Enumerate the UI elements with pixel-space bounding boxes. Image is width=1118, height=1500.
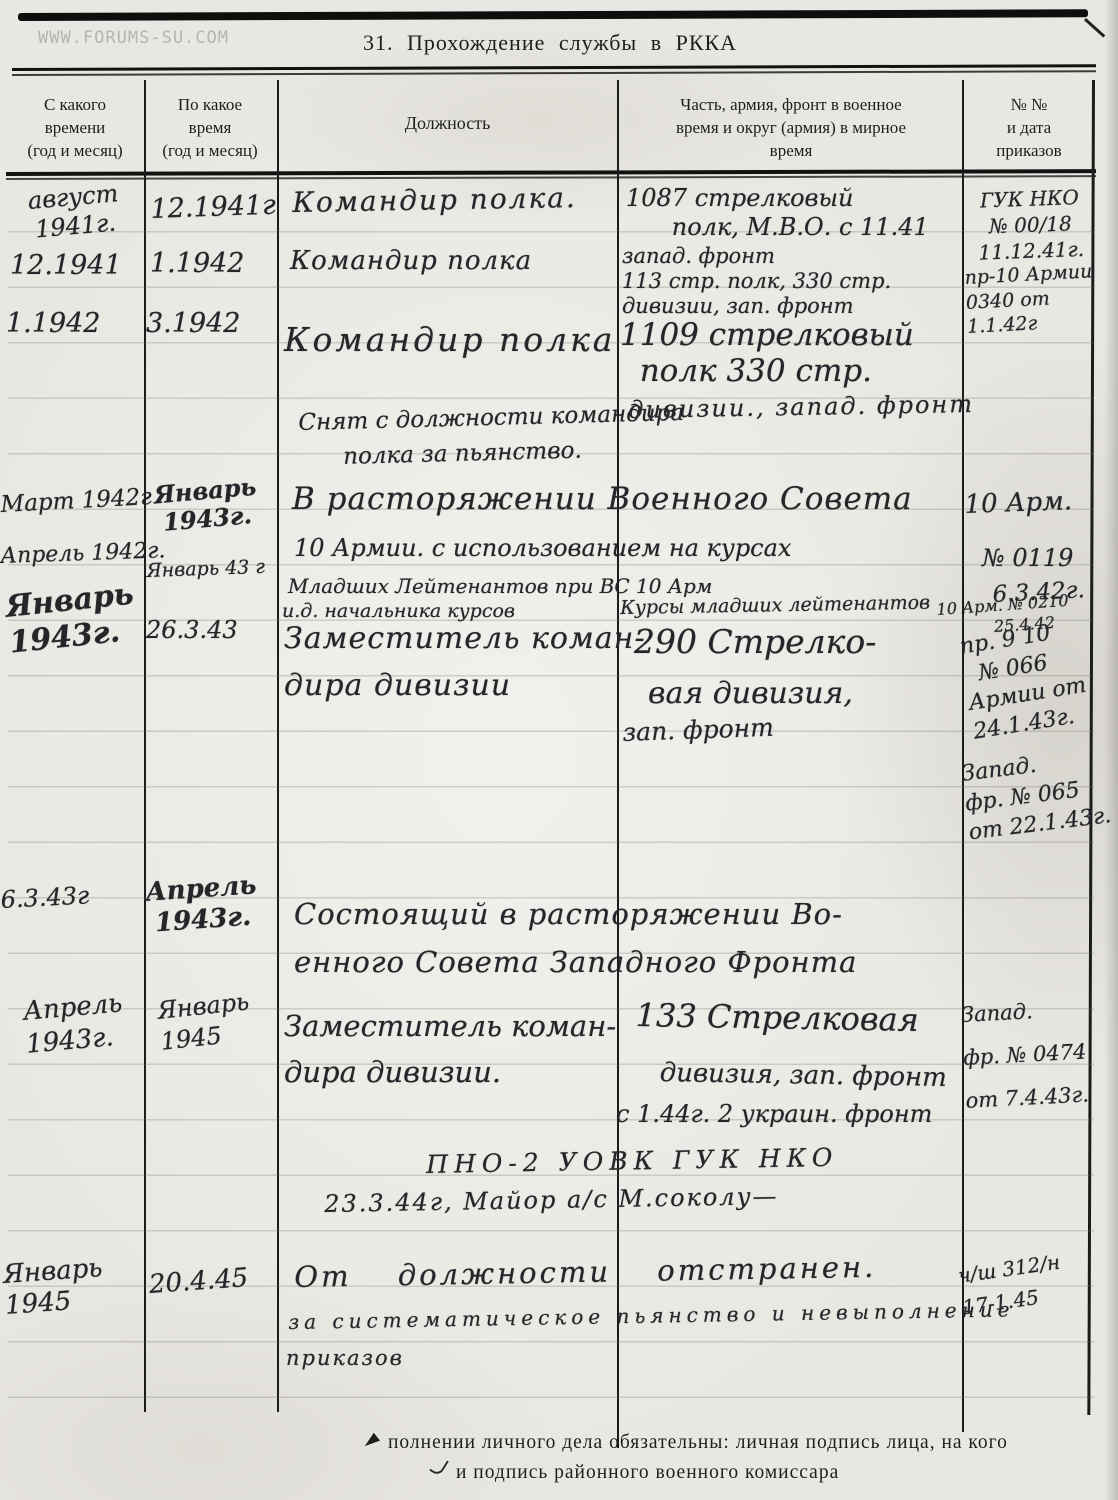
hw-annotation-signature: 23.3.44г, Майор а/с М.соколу— [324,1182,779,1219]
hw-removed-9-reason2: приказов [286,1346,404,1371]
column-divider-1 [144,80,146,1412]
hw-removed-9: От должности отстранен. [294,1250,877,1295]
footnote-line-1: полнении личного дела обязательны: лична… [388,1432,1008,1454]
hw-unit-2: запад. фронт 113 стр. полк, 330 стр. див… [622,244,891,320]
hw-unit-5c: зап. фронт [622,713,774,748]
hw-from-2: 12.1941 [10,250,122,282]
hw-from-9: Январь 1945 [2,1253,106,1322]
hw-order-9: ч/ш 312/н 17-1.45 [956,1246,1066,1324]
title-rule-thin [12,70,1096,76]
hw-unit-1: 1087 стрелковый полк, М.В.О. с 11.41 [626,184,929,242]
hw-status-6: Состоящий в расторяжении Во- енного Сове… [294,891,857,987]
scanned-service-record-page: WWW.FORUMS-SU.COM 31. Прохождение службы… [0,0,1118,1500]
hw-disposal-line2: 10 Армии. с использованием на курсах [294,534,791,563]
hw-unit-7a: 133 Стрелковая [635,996,919,1039]
hw-from-3: 1.1942 [6,308,100,340]
hw-from-6: 6.3.43г [0,881,90,914]
hw-from-7: Апрель 1943г. [22,987,126,1060]
hw-removed-9-reason: за систематическое пьянство и невыполнен… [288,1297,1015,1334]
hw-from-4a: Март 1942г [0,484,153,519]
hw-from-5: Январь 1943г. [4,577,139,662]
hw-position-1: Командир полка. [292,181,577,220]
hw-until-2: 1.1942 [150,248,244,280]
hw-order-7: Запад. фр. № 0474 от 7.4.43г. [960,988,1090,1123]
footnote-hook-mark [429,1455,449,1477]
hw-unit-5a: 290 Стрелко- [634,622,876,662]
hw-disposal-line1: В расторяжении Военного Совета [292,481,913,518]
column-divider-3 [617,80,619,1448]
header-col-from: С какого времени (год и месяц) [10,94,140,163]
hw-until-9: 20.4.45 [148,1263,249,1301]
hw-until-6: Апрель 1943г. [144,870,260,940]
column-divider-2 [277,80,279,1412]
column-divider-4 [962,80,964,1432]
header-col-unit: Часть, армия, фронт в военное время и ок… [622,94,960,163]
hw-position-7: Заместитель коман- дира дивизии. [284,1003,616,1096]
header-col-orders: № № и дата приказов [966,94,1092,163]
hw-order-5b: Запад. фр. № 065 от 22.1.43г. [960,743,1113,849]
hw-until-1: 12.1941г [150,190,276,227]
hw-order-1: ГУК НКО № 00/18 11.12.41г. [966,184,1095,266]
header-col-position: Должность [280,113,615,134]
hw-unit-3: 1109 стрелковый полк 330 стр. [620,318,914,389]
hw-unit-7c: с 1.44г. 2 украин. фронт [616,1100,932,1129]
scan-top-edge-hook [1084,18,1105,38]
hw-position-3: Командир полка [284,320,615,360]
paper-edge-shadow [1104,0,1118,1500]
hw-order-5a: пр. 9 10 № 066 Армии от 24.1.43г. [958,615,1093,746]
hw-position-2: Командир полка [290,246,532,277]
footnote-arrow-mark: ◄ [356,1426,383,1454]
section-title: 31. Прохождение службы в РККА [90,30,1010,56]
hw-until-4-clarify: Январь 43 г [146,556,265,583]
hw-order-2: пр-10 Армии 0340 от 1.1.42г [964,259,1096,340]
hw-unit-7b: дивизия, зап. фронт [659,1058,947,1094]
hw-position-5: Заместитель коман- дира дивизии [284,616,646,709]
hw-until-5: 26.3.43 [146,616,238,645]
hw-from-1: август 1941г. [16,178,133,245]
hw-from-4b: Апрель 1942г. [0,538,166,570]
hw-unit-5b: вая дивизия, [648,676,853,712]
hw-disposal-line4b: Курсы младших лейтенантов [620,592,930,620]
hw-note-removed-drunkenness: Снят с должности командира полка за пьян… [298,396,685,475]
hw-annotation-gук-нко: ПНО-2 УОВК ГУК НКО [426,1143,839,1180]
hw-until-7: Январь 1945 [156,986,254,1058]
header-col-until: По какое время (год и месяц) [146,94,274,163]
hw-disposal-line3: Младших Лейтенантов при ВС 10 Арм [288,574,712,598]
scan-top-edge-bar [18,9,1088,21]
hw-until-3: 3.1942 [146,308,240,340]
footnote-line-2: и подпись районного военного комиссара [456,1462,839,1484]
hw-until-4: Январь 1943г. [148,472,264,537]
hw-order-4a: № 0119 [982,544,1073,573]
header-rule-thin [6,175,1096,180]
hw-disposal-line1-army: 10 Арм. [964,486,1073,521]
